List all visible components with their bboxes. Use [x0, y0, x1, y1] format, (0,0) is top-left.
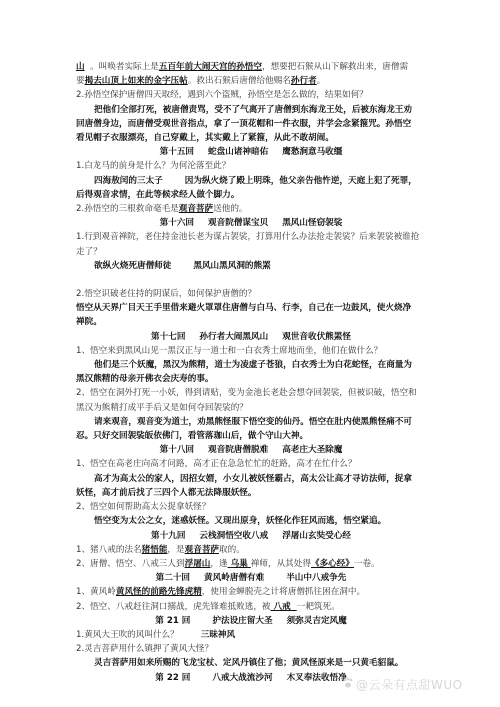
question: 黑汉为熊精打成平手后又是如何夺回袈裟的？	[76, 401, 426, 415]
answer: 三昧神风	[201, 630, 235, 640]
chapter-title: 第十九回云栈洞悟空收八戒浮屠山玄奘受心经	[76, 529, 426, 543]
answer: 把他们全部打死，被唐僧责骂，受不了气离开了唐僧到东海龙王处，后被东海龙王劝	[76, 103, 426, 117]
paragraph: 要揭去山顶上如来的金字压帖。救出石猴后唐僧给他赐名孙行者。	[76, 74, 426, 88]
answer: 欲纵火烧死唐僧师徒黑风山黑风洞的熊罴	[76, 259, 426, 273]
question: 1、猪八戒的法名猪悟能，是观音菩萨取的。	[76, 543, 426, 557]
question: 1.行到观音禅院，老住持金池长老为谋占袈裟，打算用什么办法抢走袈裟？后来袈裟被谁…	[76, 230, 426, 244]
question: 2、悟空在洞外打死一小妖，得到请贴，变为金池长老赴会想夺回袈裟，但被识破，悟空和	[76, 386, 426, 400]
blank-answer: 孙行者	[291, 76, 317, 86]
answer: 禅院。	[76, 315, 426, 329]
paw-icon	[342, 677, 354, 692]
watermark-text: @云朵有点甜WUO	[356, 678, 463, 692]
chapter-title: 第十五回蛇盘山诸神暗佑鹰愁涧意马收缰	[76, 145, 426, 159]
chapter-title: 第二十回黄风岭唐僧有难半山中八戒争先	[76, 571, 426, 585]
document-page: 山 。叫唤者实际上是五百年前大闹天宫的孙悟空，想要把石猴从山下解救出来，唐僧需 …	[76, 60, 426, 685]
answer: 灵吉菩萨用如来所赐的飞龙宝杖、定风丹镇住了他；黄风怪原来是一只黄毛貂鼠。	[76, 656, 426, 670]
answer: 高才为高太公的家人，因招女婿，小女儿被妖怪霸占，高太公让高才寻访法师，捉拿	[76, 472, 426, 486]
chapter-title: 第十八回观音院唐僧脱难高老庄大圣除魔	[76, 443, 426, 457]
answer: 四海敖闰的三太子因为纵火烧了殿上明珠，他父亲告他忤逆，天庭上犯了死罪，	[76, 174, 426, 188]
blank-answer: 观音菩萨	[185, 545, 219, 555]
question: 2、悟空如何帮助高太公捉拿妖怪？	[76, 500, 426, 514]
question: 走了？	[76, 245, 426, 259]
question: 1.黄风大王吹的风叫什么？三昧神风	[76, 628, 426, 642]
text: 。	[317, 76, 326, 86]
text: 。救出石猴后唐僧给他赐名	[188, 76, 291, 86]
blank-answer: 乌巢	[228, 559, 251, 569]
answer: 黑汉熊精的母亲开佛衣会庆寿的事。	[76, 372, 426, 386]
answer: 后得观音求情，在此等候求经人做个脚力。	[76, 188, 426, 202]
blank-answer: 山	[76, 62, 85, 72]
text: 要	[76, 76, 85, 86]
chapter-title: 第 21 回护法设庄留大圣须弥灵吉定风魔	[76, 614, 426, 628]
answer: 看见帽子衣服漂亮，自己穿戴上，其实戴上了紧箍，从此不敢胡闹。	[76, 131, 426, 145]
question: 1、悟空来到黑风山见一黑汉正与一道士和一白衣秀士席地而坐，他们在做什么？	[76, 344, 426, 358]
question: 2、唐僧、悟空、八戒三人到浮屠山，逢 乌巢 禅师，从其处得《多心经》一卷。	[76, 557, 426, 571]
blank-answer: 八戒	[271, 602, 297, 612]
answer: 他们是三个妖魔，黑汉为熊精，道士为凌虚子苍狼，白衣秀士为白花蛇怪，在商量为	[76, 358, 426, 372]
spacer	[76, 273, 426, 287]
chapter-title: 第十六回观音院僧谋宝贝黑风山怪窃袈裟	[76, 216, 426, 230]
question: 1、黄风岭黄风怪的前路先锋虎精，使用金蝉脱壳之计将唐僧抓往困在洞中。	[76, 585, 426, 599]
text: 。叫唤者实际上是	[90, 62, 159, 72]
blank-answer: 五百年前大闹天宫的孙悟空	[159, 62, 262, 72]
blank-answer: 黄风怪的前路先锋虎精	[116, 587, 202, 597]
answer: 请来观音，观音变为道士，劝黑熊怪服下悟空变的仙丹。悟空在肚内使黑熊怪痛不可	[76, 415, 426, 429]
blank-answer: 《多心经》	[311, 559, 354, 569]
watermark: @云朵有点甜WUO	[342, 676, 463, 693]
question: 2.孙悟空保护唐僧四天取经，遇到六个盗贼，孙悟空是怎么做的，结果如何？	[76, 88, 426, 102]
question: 1.白龙马的前身是什么？为何沦落至此？	[76, 159, 426, 173]
answer: 悟空变为太公之女，迷惑妖怪。又现出原身，妖怪化作狂风而逃，悟空紧追。	[76, 514, 426, 528]
answer: 回唐僧身边，而唐僧受观世音指点，拿了一顶花帽和一件衣服，并学会念紧箍咒。孙悟空	[76, 117, 426, 131]
chapter-title: 第十七回孙行者大闹黑风山观世音收伏熊罴怪	[76, 330, 426, 344]
blank-answer: 浮屠山	[185, 559, 211, 569]
paragraph: 山 。叫唤者实际上是五百年前大闹天宫的孙悟空，想要把石猴从山下解救出来，唐僧需	[76, 60, 426, 74]
text: ，想要把石猴从山下解救出来，唐僧需	[262, 62, 408, 72]
question: 1、悟空在高老庄向高才问路，高才正在急急忙忙的赶路，高才在忙什么？	[76, 457, 426, 471]
blank-answer: 猪悟能	[142, 545, 168, 555]
blank-answer: 揭去山顶上如来的金字压帖	[85, 76, 188, 86]
answer: 悟空从天界广目天王手里借来避火罩罩住唐僧与白马、行李，自己在一边鼓风，使火烧净	[76, 301, 426, 315]
question: 2、悟空、八戒赶往洞口搦战，虎先锋难抵败逃，被 八戒 一耙筑死。	[76, 600, 426, 614]
answer: 忍。只好交回袈裟皈依佛门，看管落珈山后，做个守山大神。	[76, 429, 426, 443]
question: 2.孙悟空的三根救命毫毛是观音菩萨送他的。	[76, 202, 426, 216]
question: 2.悟空识破老住持的阴谋后，如何保护唐僧的？	[76, 287, 426, 301]
blank-answer: 观音菩萨	[179, 204, 213, 214]
question: 2.灵吉菩萨用什么镇押了黄风大怪？	[76, 642, 426, 656]
answer: 妖怪，高才前后找了三四个人都无法降服妖怪。	[76, 486, 426, 500]
